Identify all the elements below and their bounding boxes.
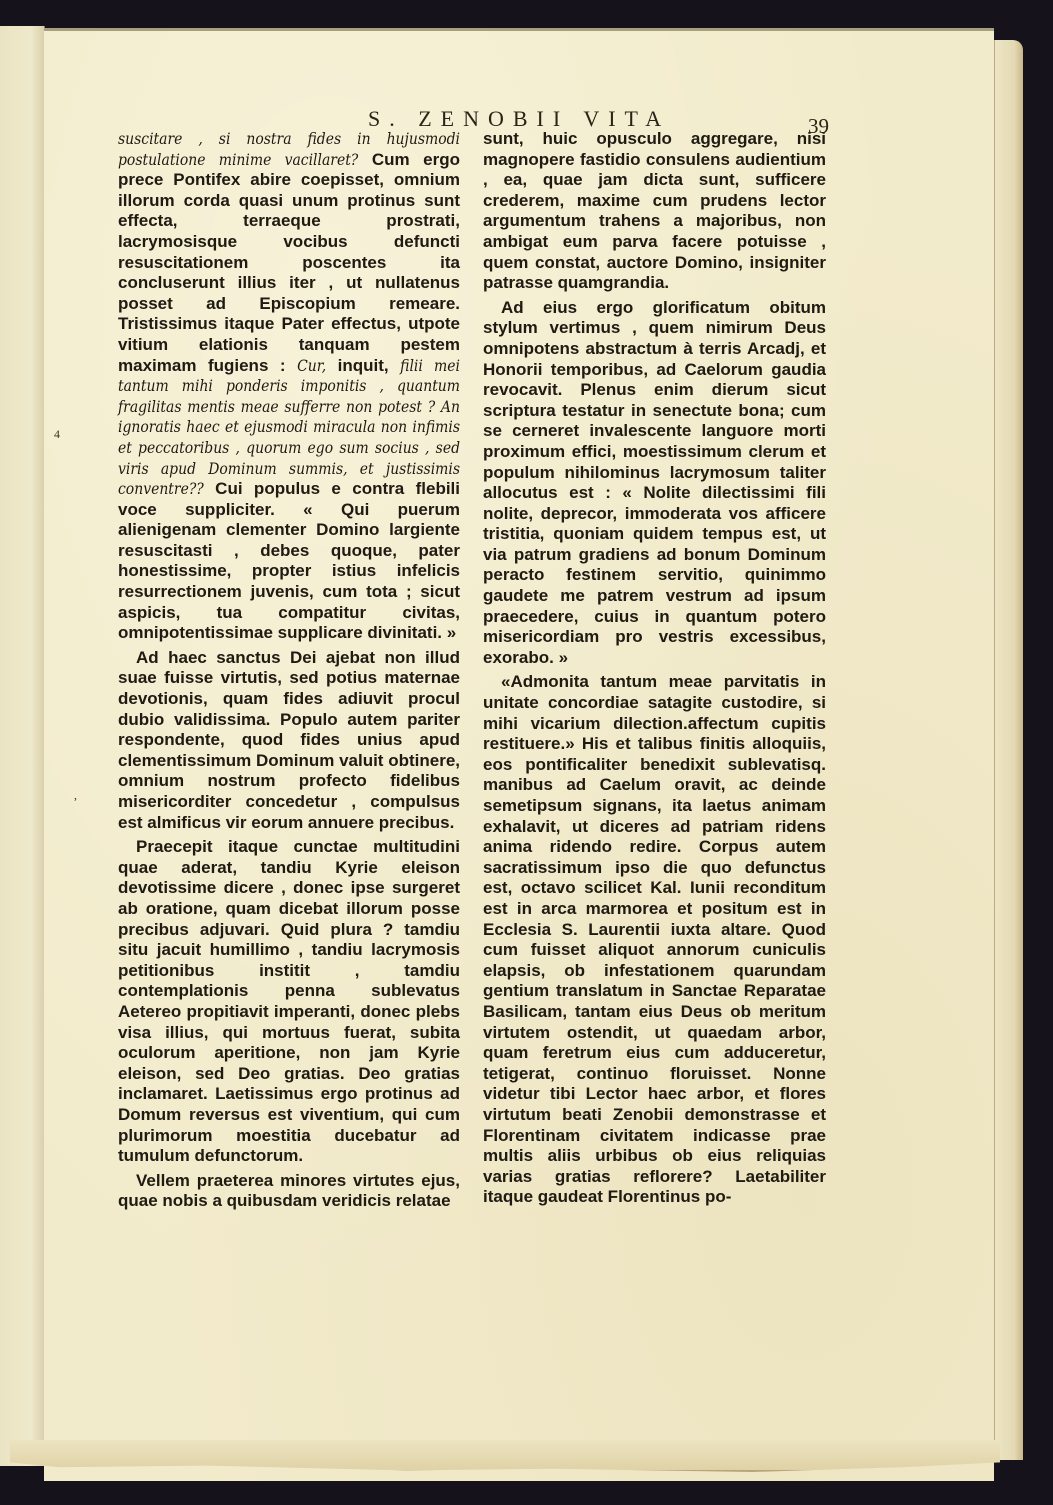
margin-mark: , — [74, 788, 77, 803]
paragraph: Praecepit itaque cunctae multitudini qua… — [118, 837, 460, 1167]
paragraph: sunt, huic opusculo aggregare, nisi magn… — [483, 129, 826, 294]
body-text: «Admonita tantum meae parvitatis in unit… — [483, 672, 826, 1206]
body-text: sunt, huic opusculo aggregare, nisi magn… — [483, 129, 826, 292]
body-text: Vellem praeterea minores virtutes ejus, … — [118, 1171, 460, 1211]
paragraph: suscitare , si nostra fides in hujusmodi… — [118, 129, 460, 644]
text-column-left: suscitare , si nostra fides in hujusmodi… — [118, 129, 460, 1216]
paragraph: «Admonita tantum meae parvitatis in unit… — [483, 672, 826, 1207]
body-text: Ad eius ergo glorificatum obitum stylum … — [483, 298, 826, 667]
body-text: Ad haec sanctus Dei ajebat non illud sua… — [118, 648, 460, 832]
body-text: Praecepit itaque cunctae multitudini qua… — [118, 837, 460, 1165]
italic-text: Cur, — [297, 357, 326, 375]
paragraph: Vellem praeterea minores virtutes ejus, … — [118, 1171, 460, 1212]
text-column-right: sunt, huic opusculo aggregare, nisi magn… — [483, 129, 826, 1212]
margin-mark: 4 — [54, 427, 60, 442]
paragraph: Ad haec sanctus Dei ajebat non illud sua… — [118, 648, 460, 833]
italic-text: filii mei tantum mihi ponderis imponitis… — [118, 357, 460, 499]
body-text: Cui populus e contra flebili voce suppli… — [118, 479, 460, 642]
facing-page-edge — [0, 26, 45, 1466]
paragraph: Ad eius ergo glorificatum obitum stylum … — [483, 298, 826, 669]
body-text: Cum ergo prece Pontifex abire coepisset,… — [118, 150, 460, 375]
body-text: inquit, — [326, 356, 400, 375]
page-fore-edge — [994, 40, 1023, 1460]
